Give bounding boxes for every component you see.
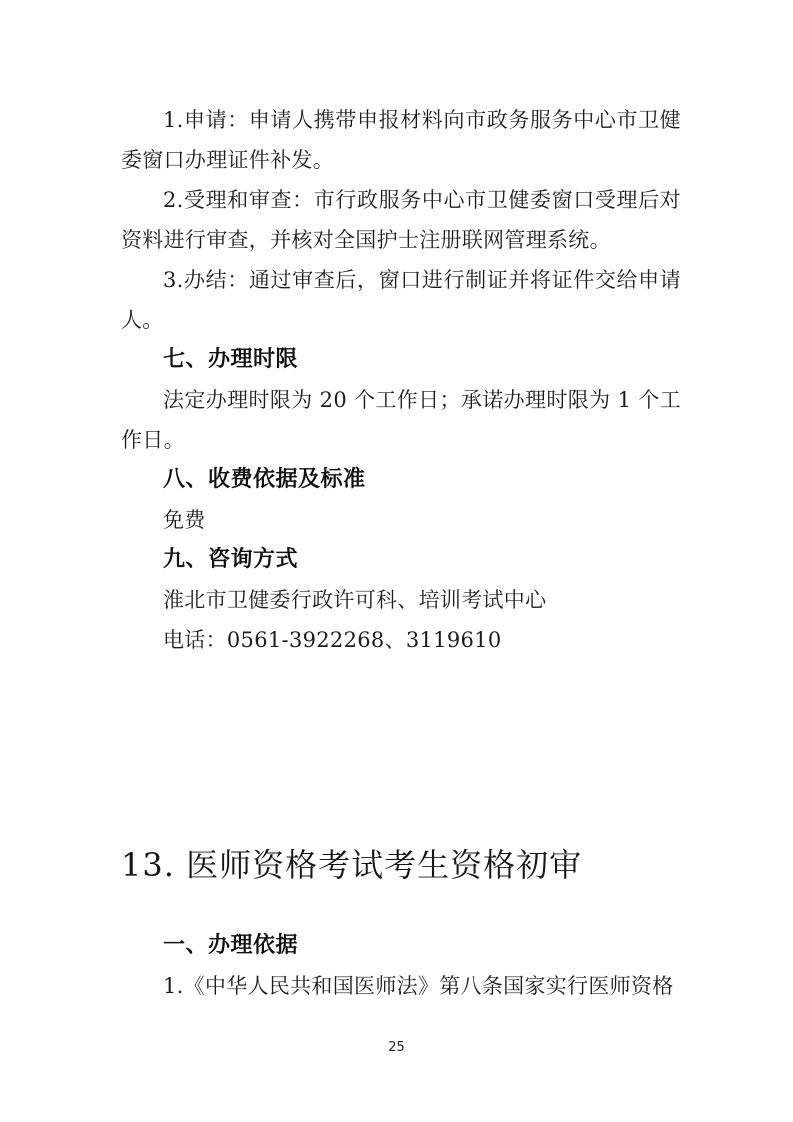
page-footer: 25 xyxy=(0,1038,793,1056)
paragraph-fees-free: 免费 xyxy=(121,500,681,540)
paragraph-basis-law: 1.《中华人民共和国医师法》第八条国家实行医师资格 xyxy=(121,966,681,1006)
item-13-title: 13. 医师资格考试考生资格初审 xyxy=(121,843,681,887)
section-heading-8-fees: 八、收费依据及标准 xyxy=(121,460,681,500)
section-heading-7-time-limit: 七、办理时限 xyxy=(121,340,681,380)
paragraph-consultation-phone: 电话：0561-3922268、3119610 xyxy=(121,620,681,660)
paragraph-time-limit: 法定办理时限为 20 个工作日；承诺办理时限为 1 个工作日。 xyxy=(121,380,681,460)
section-heading-9-consultation: 九、咨询方式 xyxy=(121,540,681,580)
document-page: 1.申请：申请人携带申报材料向市政务服务中心市卫健委窗口办理证件补发。 2.受理… xyxy=(0,0,793,1122)
paragraph-step-2-review: 2.受理和审查：市行政服务中心市卫健委窗口受理后对资料进行审查，并核对全国护士注… xyxy=(121,180,681,260)
section-heading-1-basis: 一、办理依据 xyxy=(121,926,681,966)
paragraph-step-1-apply: 1.申请：申请人携带申报材料向市政务服务中心市卫健委窗口办理证件补发。 xyxy=(121,100,681,180)
paragraph-consultation-office: 淮北市卫健委行政许可科、培训考试中心 xyxy=(121,580,681,620)
paragraph-step-3-complete: 3.办结：通过审查后，窗口进行制证并将证件交给申请人。 xyxy=(121,260,681,340)
page-number: 25 xyxy=(388,1040,405,1055)
document-content: 1.申请：申请人携带申报材料向市政务服务中心市卫健委窗口办理证件补发。 2.受理… xyxy=(121,100,681,1006)
